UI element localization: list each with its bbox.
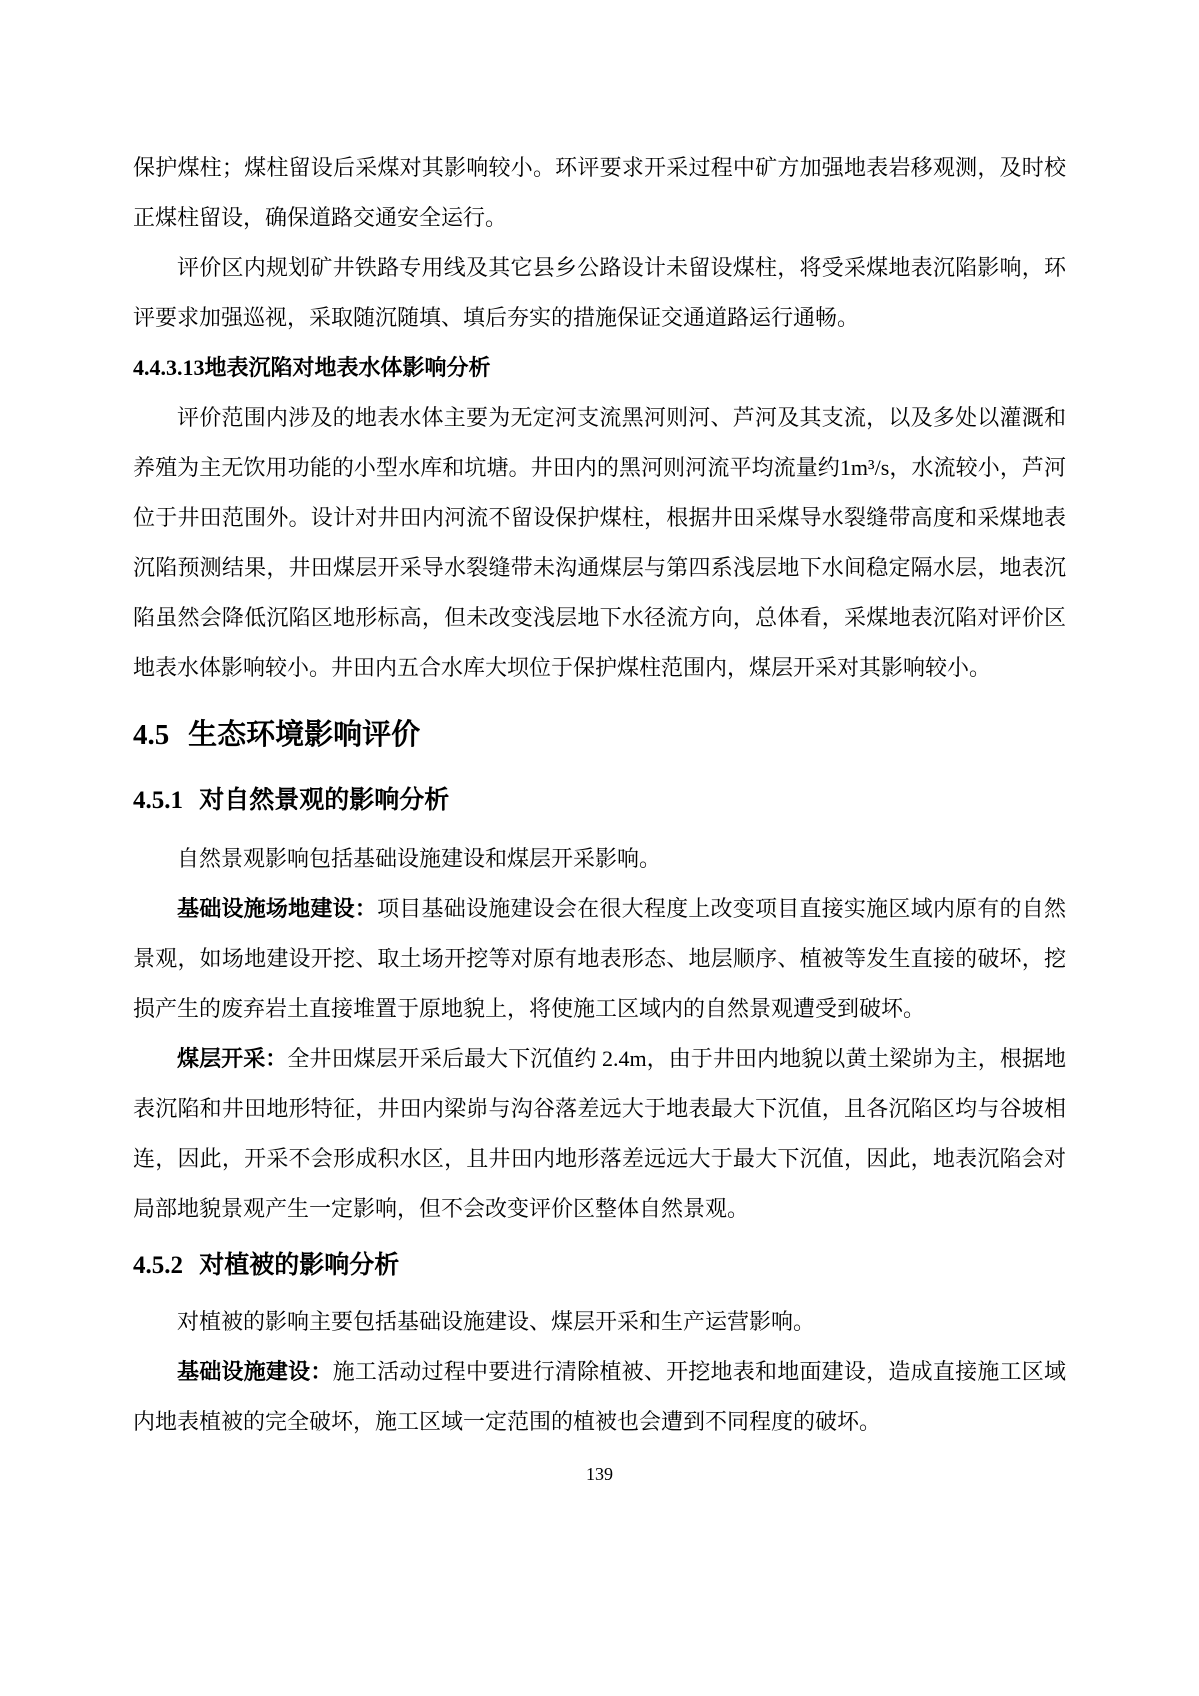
runin-label-infrastructure-site: 基础设施场地建设： [177,896,377,921]
heading-4-5-2: 4.5.2对植被的影响分析 [133,1238,1066,1293]
paragraph-vegetation-intro: 对植被的影响主要包括基础设施建设、煤层开采和生产运营影响。 [133,1297,1066,1347]
heading-title: 地表沉陷对地表水体影响分析 [205,355,491,380]
heading-number: 4.5.1 [133,787,183,814]
document-page: 保护煤柱；煤柱留设后采煤对其影响较小。环评要求开采过程中矿方加强地表岩移观测，及… [0,0,1199,1696]
heading-4-4-3-13: 4.4.3.13地表沉陷对地表水体影响分析 [133,343,1066,393]
paragraph-surface-water: 评价范围内涉及的地表水体主要为无定河支流黑河则河、芦河及其支流，以及多处以灌溉和… [133,393,1066,693]
heading-title: 对植被的影响分析 [199,1251,399,1279]
heading-number: 4.4.3.13 [133,355,205,380]
heading-4-5: 4.5生态环境影响评价 [133,705,1066,765]
runin-label-infrastructure: 基础设施建设： [177,1359,333,1384]
heading-number: 4.5.2 [133,1252,183,1279]
paragraph-pillar-carryover: 保护煤柱；煤柱留设后采煤对其影响较小。环评要求开采过程中矿方加强地表岩移观测，及… [133,143,1066,243]
paragraph-coal-mining: 煤层开采：全井田煤层开采后最大下沉值约 2.4m，由于井田内地貌以黄土梁峁为主，… [133,1034,1066,1234]
paragraph-vegetation-infrastructure: 基础设施建设：施工活动过程中要进行清除植被、开挖地表和地面建设，造成直接施工区域… [133,1347,1066,1447]
runin-label-coal-mining: 煤层开采： [177,1046,287,1071]
paragraph-text: 全井田煤层开采后最大下沉值约 2.4m，由于井田内地貌以黄土梁峁为主，根据地表沉… [133,1046,1066,1221]
heading-title: 生态环境影响评价 [188,719,420,751]
heading-4-5-1: 4.5.1对自然景观的影响分析 [133,773,1066,828]
page-number: 139 [133,1462,1066,1486]
paragraph-railway-roads: 评价区内规划矿井铁路专用线及其它县乡公路设计未留设煤柱，将受采煤地表沉陷影响，环… [133,243,1066,343]
heading-title: 对自然景观的影响分析 [199,786,449,814]
paragraph-infrastructure-site: 基础设施场地建设：项目基础设施建设会在很大程度上改变项目直接实施区域内原有的自然… [133,884,1066,1034]
paragraph-landscape-intro: 自然景观影响包括基础设施建设和煤层开采影响。 [133,834,1066,884]
heading-number: 4.5 [133,719,169,751]
